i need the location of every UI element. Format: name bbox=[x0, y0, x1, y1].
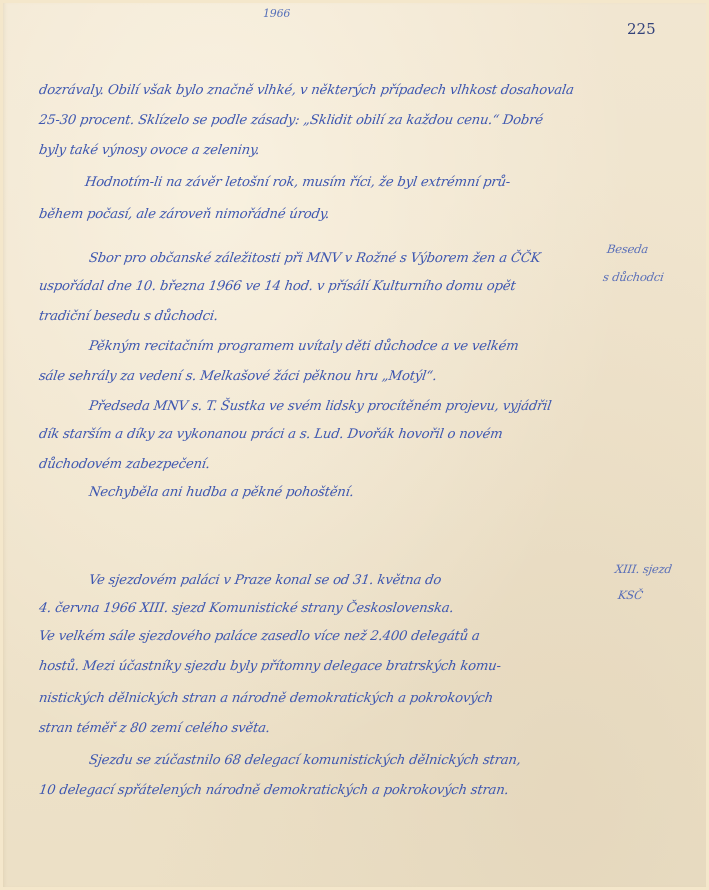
manuscript-page: 1966 225 dozrávaly. Obilí však bylo znač… bbox=[0, 0, 709, 890]
text-line: 4. června 1966 XIII. sjezd Komunistické … bbox=[38, 602, 454, 615]
text-line: tradiční besedu s důchodci. bbox=[38, 310, 219, 323]
page-number: 225 bbox=[627, 22, 656, 37]
margin-note: Beseda bbox=[606, 244, 649, 256]
text-line: Nechyběla ani hudba a pěkné pohoštění. bbox=[88, 486, 355, 499]
text-line: dozrávaly. Obilí však bylo značně vlhké,… bbox=[38, 84, 575, 97]
text-line: nistických dělnických stran a národně de… bbox=[38, 692, 494, 705]
text-line: Sjezdu se zúčastnilo 68 delegací komunis… bbox=[88, 754, 522, 767]
text-line: Předseda MNV s. T. Šustka ve svém lidsky… bbox=[88, 400, 552, 413]
margin-note: KSČ bbox=[617, 590, 643, 602]
text-line: Pěkným recitačním programem uvítaly děti… bbox=[88, 340, 519, 353]
text-line: dík starším a díky za vykonanou práci a … bbox=[38, 428, 503, 441]
text-line: důchodovém zabezpečení. bbox=[38, 458, 211, 471]
text-line: Ve sjezdovém paláci v Praze konal se od … bbox=[88, 574, 442, 587]
text-line: hostů. Mezi účastníky sjezdu byly přítom… bbox=[38, 660, 502, 673]
blank-gap bbox=[0, 510, 709, 560]
text-line: 10 delegací spřátelených národně demokra… bbox=[38, 784, 509, 797]
text-line: stran téměř z 80 zemí celého světa. bbox=[38, 722, 271, 735]
text-line: Hodnotím-li na závěr letošní rok, musím … bbox=[84, 176, 511, 189]
text-line: sále sehrály za vedení s. Melkašové žáci… bbox=[38, 370, 438, 383]
text-line: byly také výnosy ovoce a zeleniny. bbox=[38, 144, 260, 157]
text-line: 25-30 procent. Sklízelo se podle zásady:… bbox=[38, 114, 544, 127]
text-line: Sbor pro občanské záležitosti při MNV v … bbox=[88, 252, 541, 265]
text-line: během počasí, ale zároveň nimořádné úrod… bbox=[38, 208, 330, 221]
text-line: Ve velkém sále sjezdového paláce zasedlo… bbox=[38, 630, 480, 643]
margin-note: s důchodci bbox=[602, 272, 664, 284]
text-line: uspořádal dne 10. března 1966 ve 14 hod.… bbox=[38, 280, 516, 293]
margin-note: XIII. sjezd bbox=[614, 564, 672, 576]
header-year: 1966 bbox=[263, 8, 290, 19]
